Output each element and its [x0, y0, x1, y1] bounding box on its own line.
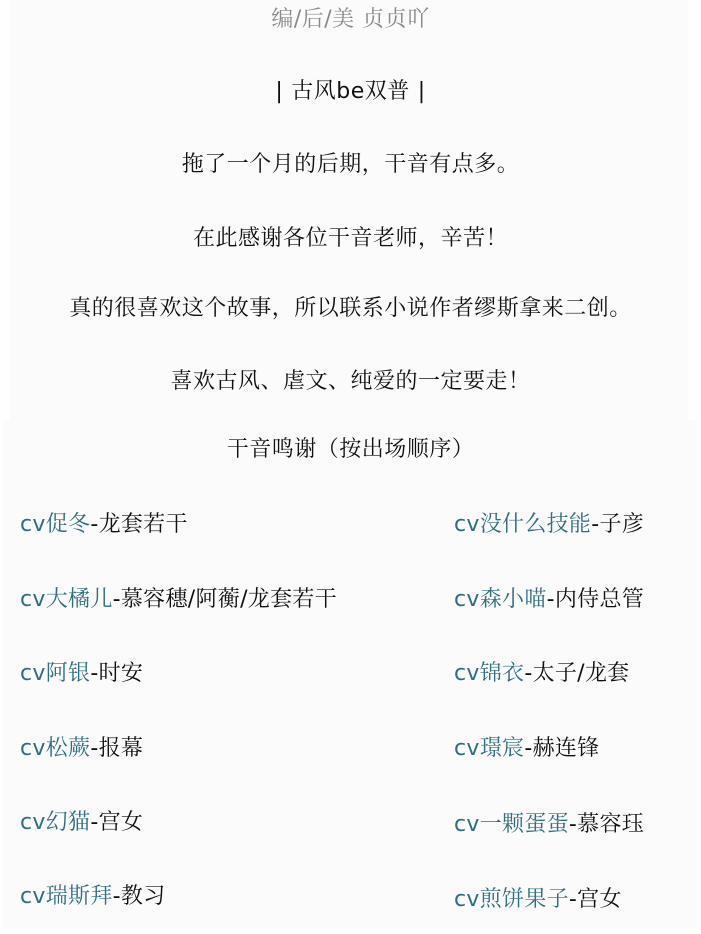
cv-name: cv煎饼果子 — [454, 887, 569, 912]
cv-name: cv璟宸 — [454, 736, 524, 761]
intro-panel — [10, 0, 688, 420]
role-name: -太子/龙套 — [524, 661, 629, 686]
cv-name: cv幻猫 — [20, 810, 90, 835]
editor-credit-line: 编/后/美 贞贞吖 — [0, 6, 701, 34]
credit-item: cv幻猫-宫女 — [20, 809, 143, 837]
cv-name: cv促冬 — [20, 512, 90, 537]
cv-name: cv瑞斯拜 — [20, 884, 113, 909]
divider-bar-left: | — [275, 78, 283, 106]
cv-name: cv阿银 — [20, 661, 90, 686]
cv-name: cv大橘儿 — [20, 587, 113, 612]
credit-item: cv锦衣-太子/龙套 — [454, 660, 629, 688]
credits-heading: 干音鸣谢（按出场顺序） — [0, 436, 701, 464]
paragraph-recommendation: 喜欢古风、虐文、纯爱的一定要走！ — [0, 368, 701, 396]
credit-item: cv一颗蛋蛋-慕容珏 — [454, 811, 644, 839]
paragraph-story-origin: 真的很喜欢这个故事，所以联系小说作者缪斯拿来二创。 — [0, 295, 701, 323]
credit-item: cv没什么技能-子彦 — [454, 511, 644, 539]
role-name: -慕容珏 — [569, 812, 644, 837]
credit-item: cv瑞斯拜-教习 — [20, 883, 165, 911]
genre-tagline: |古风be双普| — [0, 78, 701, 106]
role-name: -慕容穗/阿蘅/龙套若干 — [113, 587, 337, 612]
credit-item: cv森小喵-内侍总管 — [454, 586, 644, 614]
credit-item: cv阿银-时安 — [20, 660, 143, 688]
paragraph-thanks: 在此感谢各位干音老师，辛苦！ — [0, 225, 701, 253]
role-name: -宫女 — [569, 887, 622, 912]
cv-name: cv没什么技能 — [454, 512, 591, 537]
role-name: -龙套若干 — [90, 512, 187, 537]
role-name: -报幕 — [90, 736, 143, 761]
cv-name: cv森小喵 — [454, 587, 547, 612]
role-name: -子彦 — [591, 512, 644, 537]
role-name: -内侍总管 — [547, 587, 644, 612]
genre-tagline-text: 古风be双普 — [291, 79, 410, 104]
role-name: -时安 — [90, 661, 143, 686]
credit-item: cv煎饼果子-宫女 — [454, 886, 622, 914]
cv-name: cv一颗蛋蛋 — [454, 812, 569, 837]
role-name: -赫连锋 — [524, 736, 599, 761]
credit-item: cv松蕨-报幕 — [20, 735, 143, 763]
cv-name: cv松蕨 — [20, 736, 90, 761]
credit-item: cv大橘儿-慕容穗/阿蘅/龙套若干 — [20, 586, 337, 614]
role-name: -宫女 — [90, 810, 143, 835]
divider-bar-right: | — [418, 78, 426, 106]
paragraph-post-production-note: 拖了一个月的后期，干音有点多。 — [0, 151, 701, 179]
cv-name: cv锦衣 — [454, 661, 524, 686]
role-name: -教习 — [113, 884, 166, 909]
credit-item: cv璟宸-赫连锋 — [454, 735, 599, 763]
credit-item: cv促冬-龙套若干 — [20, 511, 188, 539]
